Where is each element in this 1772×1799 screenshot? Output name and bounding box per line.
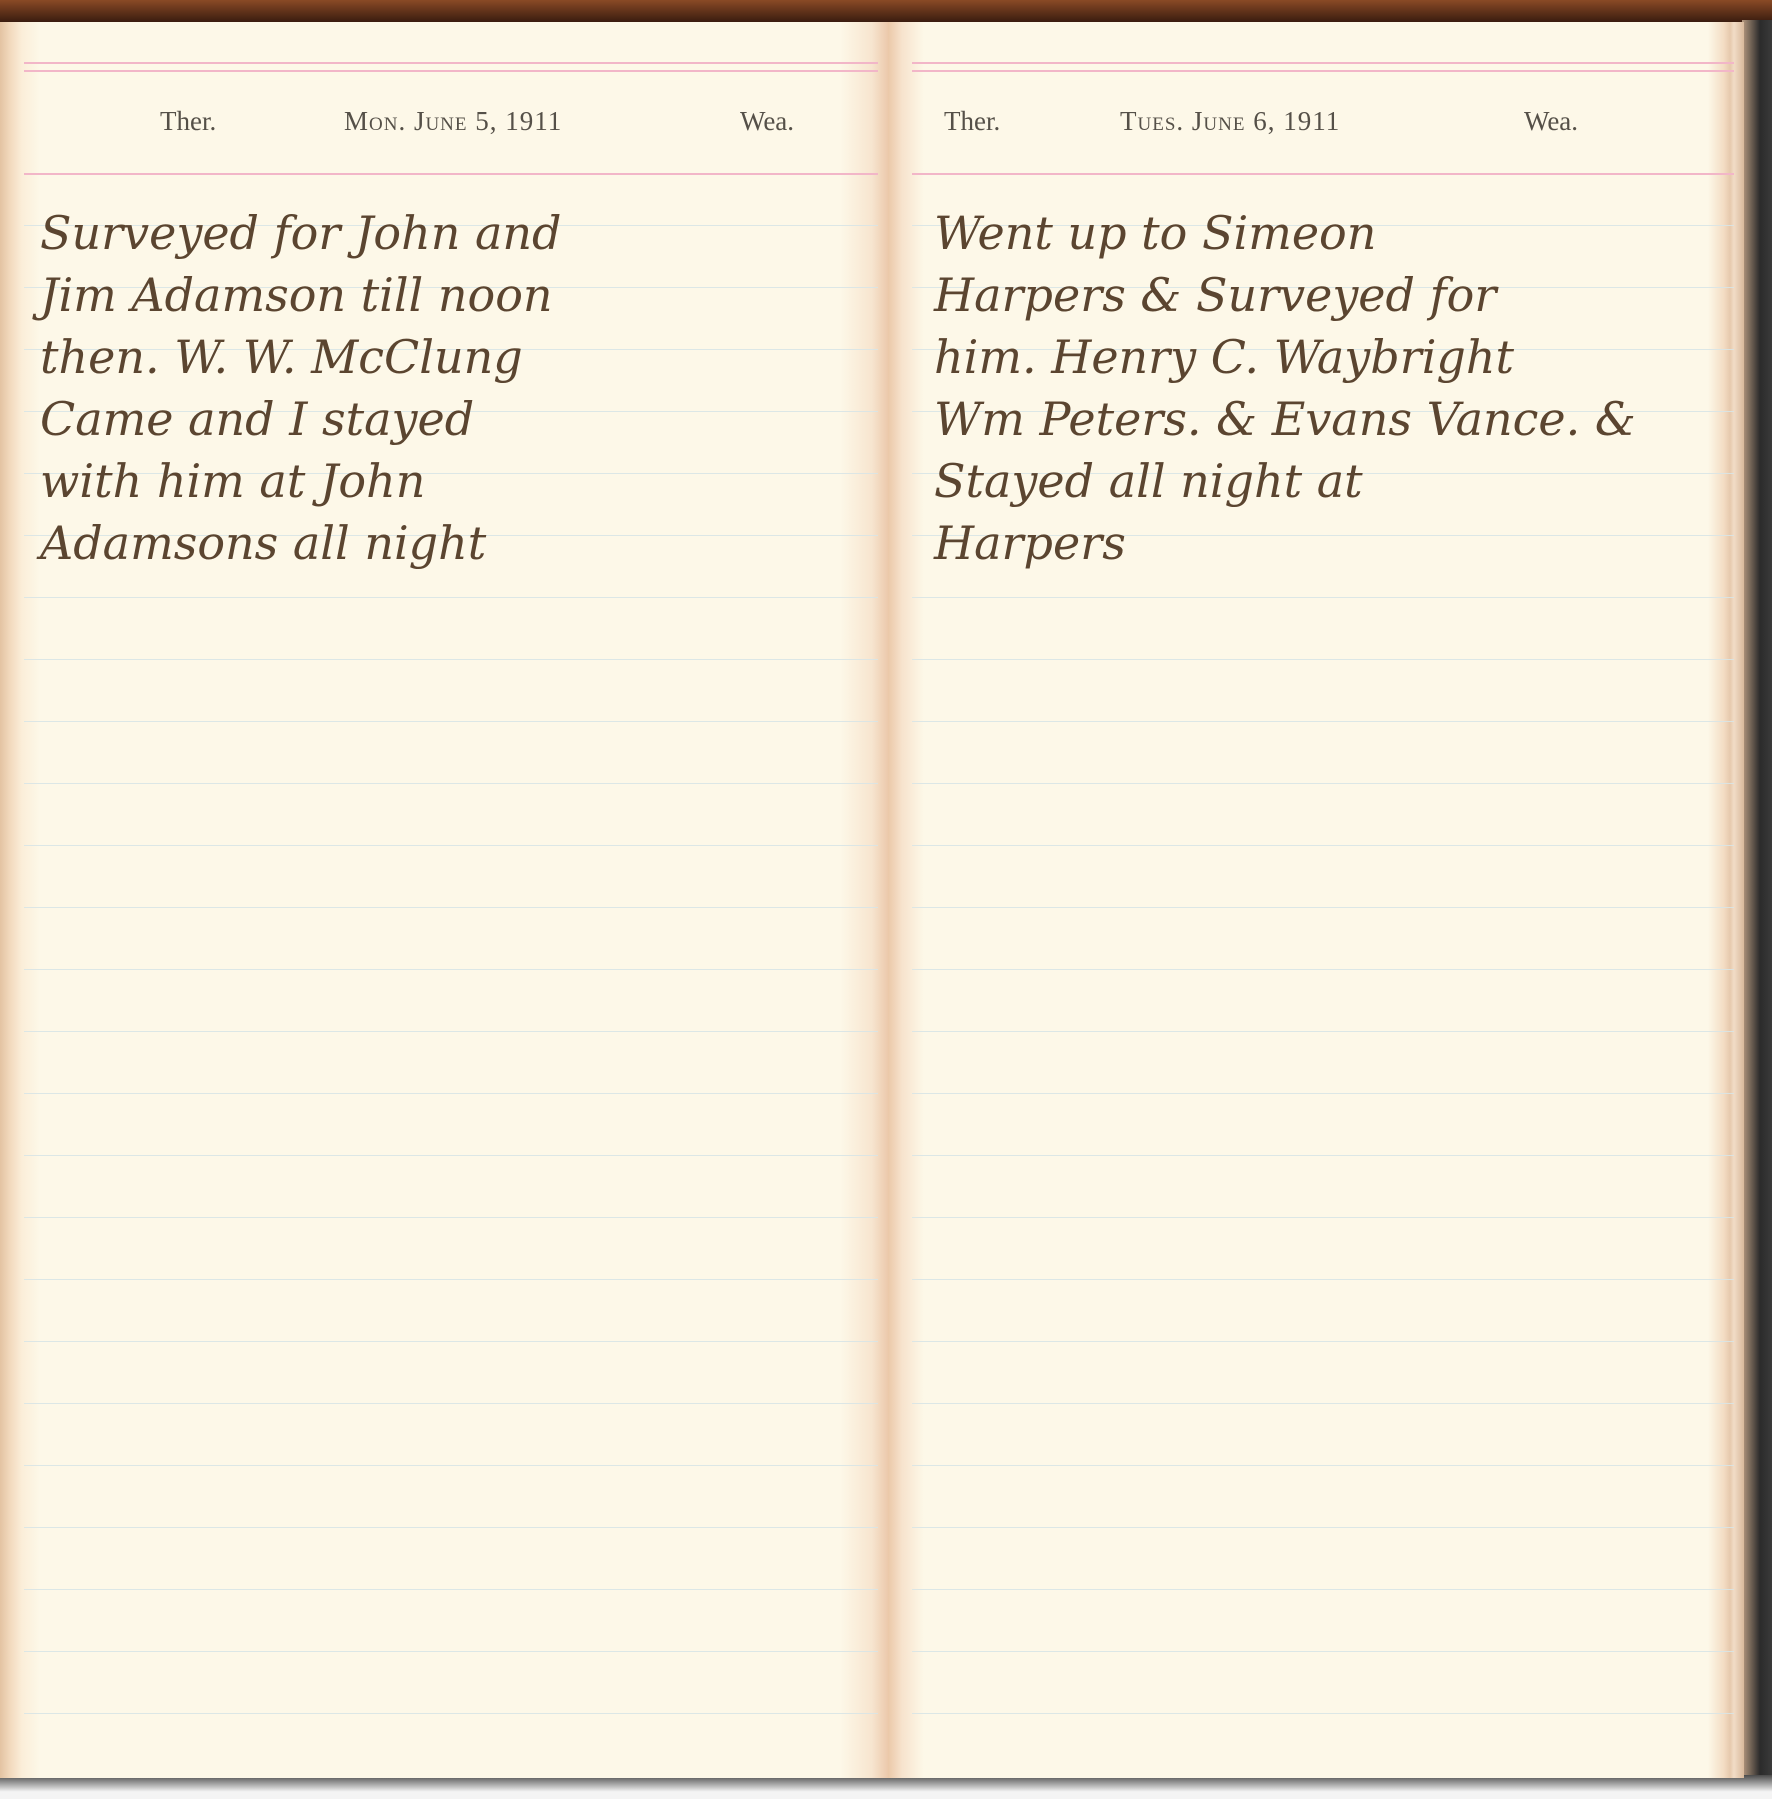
ruled-line <box>912 1217 1734 1218</box>
ruled-line <box>24 907 878 908</box>
book-cover-top-edge <box>0 0 1772 22</box>
header-rule-bottom <box>912 173 1734 175</box>
header-rule-top <box>24 62 878 64</box>
handwritten-entry: Surveyed for John and Jim Adamson till n… <box>40 202 858 574</box>
ruled-line <box>912 1403 1734 1404</box>
header-rule-top-2 <box>912 70 1734 72</box>
entry-line: then. W. W. McClung <box>40 326 858 388</box>
entry-line: Harpers <box>934 512 1714 574</box>
entry-line: Adamsons all night <box>40 512 858 574</box>
ruled-line <box>24 1279 878 1280</box>
ruled-line <box>912 1341 1734 1342</box>
thermometer-label: Ther. <box>160 106 216 137</box>
handwritten-entry: Went up to Simeon Harpers & Surveyed for… <box>934 202 1714 574</box>
ruled-line <box>24 1155 878 1156</box>
weather-label: Wea. <box>1524 106 1578 137</box>
ruled-line <box>912 659 1734 660</box>
ruled-line <box>24 1031 878 1032</box>
ruled-line <box>912 1651 1734 1652</box>
ruled-line <box>24 659 878 660</box>
ruled-line <box>912 1589 1734 1590</box>
entry-line: Surveyed for John and <box>40 202 858 264</box>
ruled-line <box>912 1713 1734 1714</box>
left-page-header: Ther. Mon. June 5, 1911 Wea. <box>0 106 888 146</box>
entry-line: Went up to Simeon <box>934 202 1714 264</box>
ruled-line <box>912 969 1734 970</box>
ruled-line <box>912 1093 1734 1094</box>
left-diary-page: Ther. Mon. June 5, 1911 Wea. Surveyed fo… <box>0 22 888 1778</box>
page-date: Mon. June 5, 1911 <box>344 106 562 137</box>
thermometer-label: Ther. <box>944 106 1000 137</box>
ruled-line <box>912 907 1734 908</box>
ruled-line <box>912 1155 1734 1156</box>
ruled-line <box>912 1031 1734 1032</box>
header-rule-top-2 <box>24 70 878 72</box>
ruled-line <box>24 1217 878 1218</box>
ruled-line <box>24 1527 878 1528</box>
ruled-line <box>24 1341 878 1342</box>
entry-line: with him at John <box>40 450 858 512</box>
ruled-line <box>24 845 878 846</box>
book-cover-bottom-edge <box>0 1775 1772 1799</box>
header-rule-top <box>912 62 1734 64</box>
entry-line: Harpers & Surveyed for <box>934 264 1714 326</box>
entry-line: Jim Adamson till noon <box>40 264 858 326</box>
ruled-line <box>912 845 1734 846</box>
ruled-line <box>24 721 878 722</box>
ruled-line <box>912 1279 1734 1280</box>
page-date: Tues. June 6, 1911 <box>1120 106 1340 137</box>
ruled-line <box>24 1403 878 1404</box>
ruled-line <box>24 1093 878 1094</box>
ruled-line <box>24 969 878 970</box>
ruled-line <box>24 1465 878 1466</box>
header-rule-bottom <box>24 173 878 175</box>
ruled-line <box>24 1589 878 1590</box>
entry-line: him. Henry C. Waybright <box>934 326 1714 388</box>
weather-label: Wea. <box>740 106 794 137</box>
ruled-line <box>912 721 1734 722</box>
ruled-line <box>912 1465 1734 1466</box>
entry-line: Wm Peters. & Evans Vance. & <box>934 388 1714 450</box>
ruled-line <box>24 783 878 784</box>
ruled-line <box>24 597 878 598</box>
ruled-line <box>24 1651 878 1652</box>
ruled-line <box>912 1527 1734 1528</box>
right-page-header: Ther. Tues. June 6, 1911 Wea. <box>888 106 1744 146</box>
ruled-line <box>912 597 1734 598</box>
entry-line: Came and I stayed <box>40 388 858 450</box>
ruled-line <box>24 1713 878 1714</box>
ruled-line <box>912 783 1734 784</box>
entry-line: Stayed all night at <box>934 450 1714 512</box>
book-cover-right-edge <box>1742 20 1772 1780</box>
right-diary-page: Ther. Tues. June 6, 1911 Wea. Went up to… <box>888 22 1744 1778</box>
